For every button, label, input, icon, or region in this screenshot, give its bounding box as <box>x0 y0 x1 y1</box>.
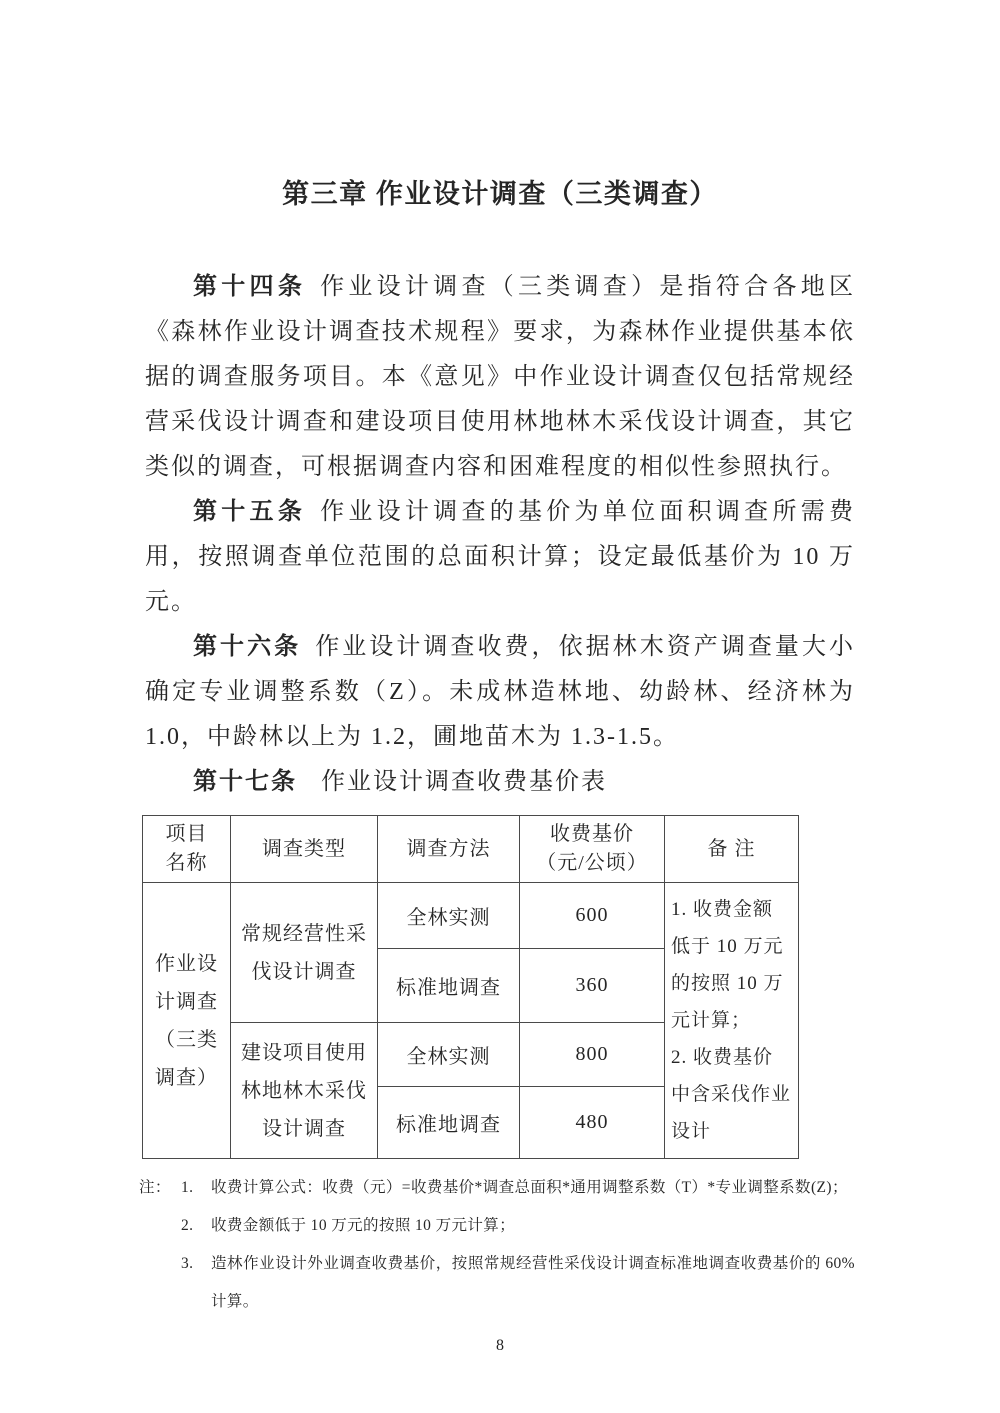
article-17-lead: 第十七条 <box>193 769 297 795</box>
footnote-1: 1. 收费计算公式：收费（元）=收费基价*调查总面积*通用调整系数（T）*专业调… <box>181 1169 855 1207</box>
remark-item-1: 1. 收费金额低于 10 万元的按照 10 万元计算； <box>671 891 792 1039</box>
page-number: 8 <box>145 1337 855 1355</box>
fee-base-price-table: 项目名称 调查类型 调查方法 收费基价（元/公顷） 备 注 作业设计调查（三类调… <box>142 815 799 1159</box>
footnote-2: 2. 收费金额低于 10 万元的按照 10 万元计算； <box>181 1207 855 1245</box>
cell-price: 800 <box>520 1023 665 1087</box>
cell-remarks: 1. 收费金额低于 10 万元的按照 10 万元计算； 2. 收费基价中含采伐作… <box>665 883 799 1159</box>
header-survey-method: 调查方法 <box>378 816 520 883</box>
article-14-text: 作业设计调查（三类调查）是指符合各地区《森林作业设计调查技术规程》要求，为森林作… <box>145 274 855 480</box>
cell-method: 全林实测 <box>378 883 520 949</box>
footnotes: 注： 1. 收费计算公式：收费（元）=收费基价*调查总面积*通用调整系数（T）*… <box>139 1169 855 1321</box>
article-16-lead: 第十六条 <box>193 634 301 660</box>
article-17: 第十七条作业设计调查收费基价表 <box>145 760 855 805</box>
cell-type-regular-harvest: 常规经营性采伐设计调查 <box>231 883 378 1023</box>
cell-project-name: 作业设计调查（三类调查） <box>143 883 231 1159</box>
cell-price: 600 <box>520 883 665 949</box>
article-14-lead: 第十四条 <box>193 274 306 300</box>
cell-type-construction-land: 建设项目使用林地林木采伐设计调查 <box>231 1023 378 1159</box>
article-15: 第十五条作业设计调查的基价为单位面积调查所需费用，按照调查单位范围的总面积计算；… <box>145 490 855 625</box>
header-project-name: 项目名称 <box>143 816 231 883</box>
table-row: 作业设计调查（三类调查） 常规经营性采伐设计调查 全林实测 600 1. 收费金… <box>143 883 799 949</box>
cell-method: 标准地调查 <box>378 1087 520 1159</box>
table-header-row: 项目名称 调查类型 调查方法 收费基价（元/公顷） 备 注 <box>143 816 799 883</box>
footnotes-label: 注： <box>139 1169 171 1207</box>
article-14: 第十四条作业设计调查（三类调查）是指符合各地区《森林作业设计调查技术规程》要求，… <box>145 265 855 490</box>
cell-method: 标准地调查 <box>378 949 520 1023</box>
article-17-text: 作业设计调查收费基价表 <box>321 769 607 795</box>
cell-price: 360 <box>520 949 665 1023</box>
cell-price: 480 <box>520 1087 665 1159</box>
header-remark: 备 注 <box>665 816 799 883</box>
cell-method: 全林实测 <box>378 1023 520 1087</box>
document-page: 第三章 作业设计调查（三类调查） 第十四条作业设计调查（三类调查）是指符合各地区… <box>0 0 1000 1413</box>
chapter-title: 第三章 作业设计调查（三类调查） <box>145 172 855 211</box>
footnote-3: 3. 造林作业设计外业调查收费基价，按照常规经营性采伐设计调查标准地调查收费基价… <box>181 1245 855 1321</box>
article-16: 第十六条作业设计调查收费，依据林木资产调查量大小确定专业调整系数（Z）。未成林造… <box>145 625 855 760</box>
header-survey-type: 调查类型 <box>231 816 378 883</box>
remark-item-2: 2. 收费基价中含采伐作业设计 <box>671 1039 792 1150</box>
header-base-price: 收费基价（元/公顷） <box>520 816 665 883</box>
article-15-lead: 第十五条 <box>193 499 306 525</box>
